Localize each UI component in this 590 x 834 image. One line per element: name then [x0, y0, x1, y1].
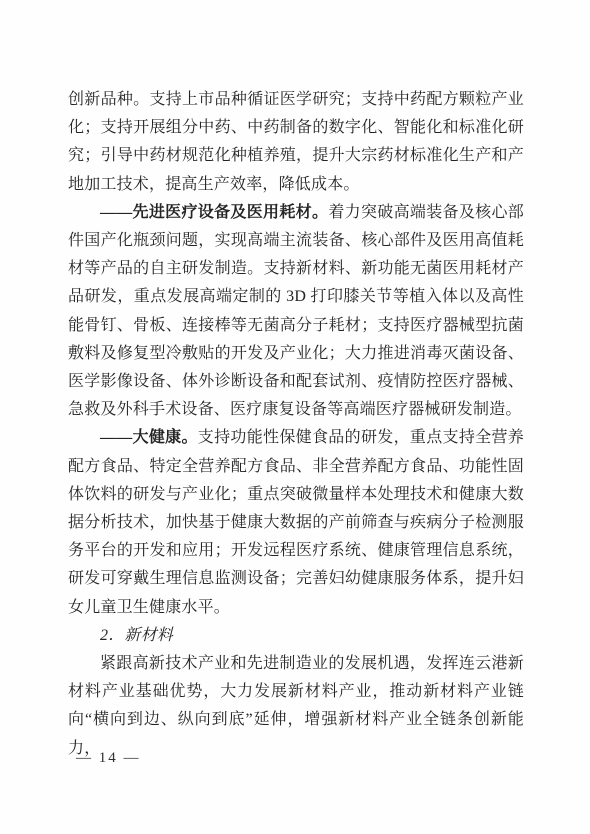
page-number-label: — 14 — — [76, 750, 141, 766]
section-heading: 2．新材料 — [68, 622, 524, 650]
paragraph: 创新品种。支持上市品种循证医学研究；支持中药配方颗粒产业化；支持开展组分中药、中… — [68, 86, 524, 199]
document-page: 创新品种。支持上市品种循证医学研究；支持中药配方颗粒产业化；支持开展组分中药、中… — [0, 0, 590, 834]
paragraph: 紧跟高新技术产业和先进制造业的发展机遇，发挥连云港新材料产业基础优势，大力发展新… — [68, 650, 524, 763]
paragraph: ——大健康。支持功能性保健食品的研发，重点支持全营养配方食品、特定全营养配方食品… — [68, 424, 524, 621]
paragraph-lead: ——先进医疗设备及医用耗材。 — [100, 204, 328, 221]
document-body: 创新品种。支持上市品种循证医学研究；支持中药配方颗粒产业化；支持开展组分中药、中… — [68, 86, 524, 763]
paragraph: ——先进医疗设备及医用耗材。着力突破高端装备及核心部件国产化瓶颈问题，实现高端主… — [68, 199, 524, 425]
paragraph-lead: ——大健康。 — [100, 429, 198, 446]
page-number: — 14 — — [76, 750, 141, 767]
